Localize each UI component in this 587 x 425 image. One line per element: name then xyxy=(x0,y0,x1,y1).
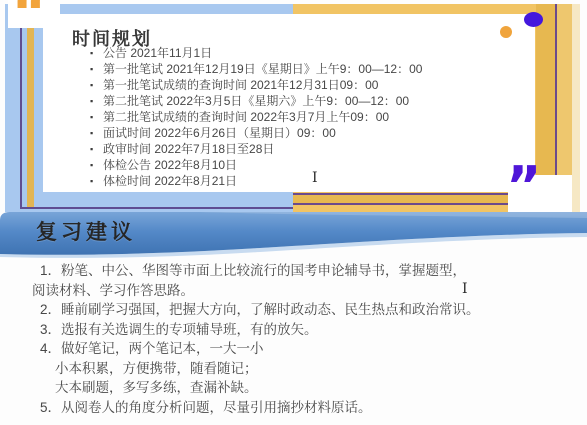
time-plan-item-text: 体检公告 2022年8月10日 xyxy=(103,157,237,173)
text-cursor: I xyxy=(462,282,468,296)
bullet-icon: ▪ xyxy=(90,45,103,61)
bullet-icon: ▪ xyxy=(90,157,103,173)
review-line: 1．粉笔、中公、华图等市面上比较流行的国考申论辅导书，掌握题型， xyxy=(32,261,577,281)
review-line: 5．从阅卷人的角度分析问题，尽量引用摘抄材料原话。 xyxy=(32,398,577,418)
time-plan-item-text: 第一批笔试成绩的查询时间 2021年12月31日09：00 xyxy=(103,77,378,93)
bullet-icon: ▪ xyxy=(90,141,103,157)
orange-dot-icon xyxy=(500,26,512,38)
review-list: 1．粉笔、中公、华图等市面上比较流行的国考申论辅导书，掌握题型， 阅读材料、学习… xyxy=(32,261,577,417)
open-quote-icon: “ xyxy=(12,0,44,40)
right-frame-stripe-pale xyxy=(572,4,580,212)
bullet-icon: ▪ xyxy=(90,109,103,125)
time-plan-item-text: 面试时间 2022年6月26日（星期日）09：00 xyxy=(103,125,336,141)
time-plan-item: ▪ 政审时间 2022年7月18日至28日 xyxy=(90,141,422,157)
time-plan-item: ▪ 体检时间 2022年8月21日 xyxy=(90,173,422,189)
bullet-icon: ▪ xyxy=(90,125,103,141)
time-plan-item-text: 第二批笔试 2022年3月5日《星期六》上午9：00—12：00 xyxy=(103,93,409,109)
review-line: 阅读材料、学习作答思路。 xyxy=(32,281,577,301)
time-plan-item-text: 第二批笔试成绩的查询时间 2022年3月7月上午09：00 xyxy=(103,109,389,125)
time-plan-item: ▪ 第二批笔试 2022年3月5日《星期六》上午9：00—12：00 xyxy=(90,93,422,109)
time-plan-card: 时间规划 ▪ 公告 2021年11月1日 ▪ 第一批笔试 2021年12月19日… xyxy=(43,14,535,192)
time-plan-list: ▪ 公告 2021年11月1日 ▪ 第一批笔试 2021年12月19日《星期日》… xyxy=(90,45,422,189)
bullet-icon: ▪ xyxy=(90,77,103,93)
text-cursor: I xyxy=(312,171,318,185)
bullet-icon: ▪ xyxy=(90,173,103,189)
review-line: 大本刷题，多写多练，查漏补缺。 xyxy=(32,378,577,398)
review-line: 2．睡前刷学习强国，把握大方向，了解时政动态、民生热点和政治常识。 xyxy=(32,300,577,320)
time-plan-item: ▪ 第一批笔试成绩的查询时间 2021年12月31日09：00 xyxy=(90,77,422,93)
left-frame-line xyxy=(20,28,22,209)
review-line: 3．选报有关选调生的专项辅导班，有的放矢。 xyxy=(32,320,577,340)
bullet-icon: ▪ xyxy=(90,61,103,77)
time-plan-item: ▪ 第二批笔试成绩的查询时间 2022年3月7月上午09：00 xyxy=(90,109,422,125)
bottom-frame-stripe xyxy=(293,193,515,205)
time-plan-item: ▪ 第一批笔试 2021年12月19日《星期日》上午9：00—12：00 xyxy=(90,61,422,77)
review-line: 4．做好笔记，两个笔记本，一大一小 xyxy=(32,339,577,359)
time-plan-item: ▪ 面试时间 2022年6月26日（星期日）09：00 xyxy=(90,125,422,141)
left-frame-stripe xyxy=(27,28,34,209)
time-plan-item-text: 体检时间 2022年8月21日 xyxy=(103,173,237,189)
review-line: 小本积累，方便携带，随看随记； xyxy=(32,359,577,379)
time-plan-item-text: 第一批笔试 2021年12月19日《星期日》上午9：00—12：00 xyxy=(103,61,422,77)
close-quote-icon: ” xyxy=(506,160,538,214)
purple-dot-icon xyxy=(524,12,543,27)
review-title: 复习建议 xyxy=(36,216,136,246)
time-plan-item: ▪ 体检公告 2022年8月10日 xyxy=(90,157,422,173)
slide: 时间规划 ▪ 公告 2021年11月1日 ▪ 第一批笔试 2021年12月19日… xyxy=(0,0,587,425)
bullet-icon: ▪ xyxy=(90,93,103,109)
time-plan-item-text: 公告 2021年11月1日 xyxy=(103,45,212,61)
time-plan-item: ▪ 公告 2021年11月1日 xyxy=(90,45,422,61)
time-plan-item-text: 政审时间 2022年7月18日至28日 xyxy=(103,141,274,157)
